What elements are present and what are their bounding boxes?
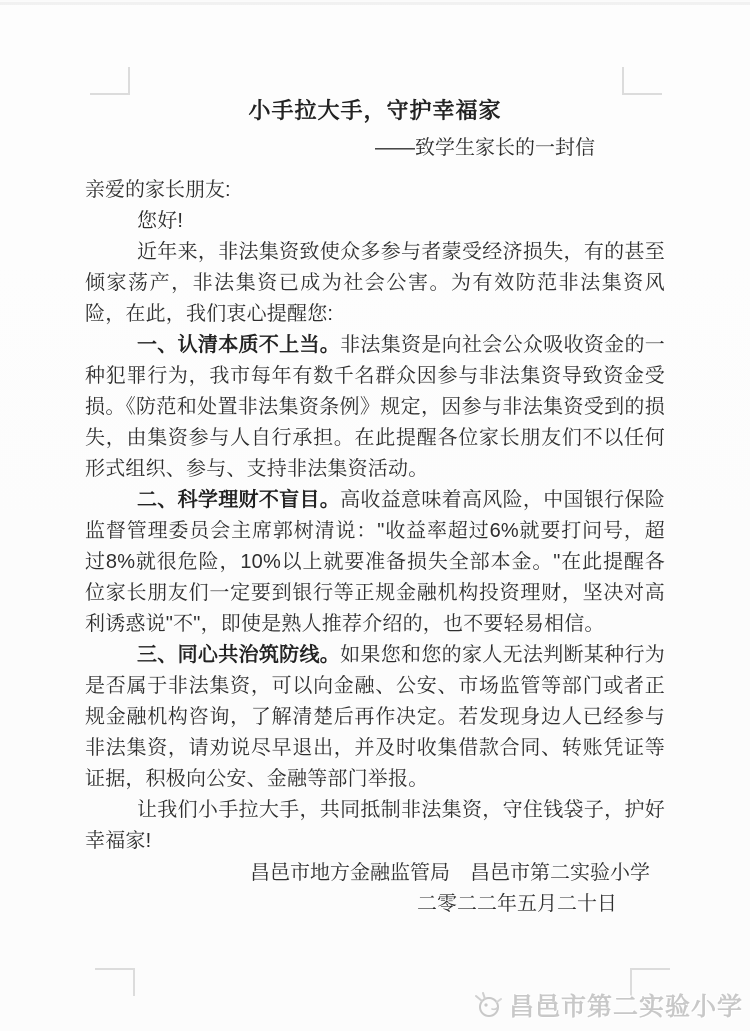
- scan-artifact-band: [0, 2, 750, 5]
- closing-paragraph: 让我们小手拉大手，共同抵制非法集资，守住钱袋子，护好幸福家!: [85, 795, 665, 857]
- salutation-line: 亲爱的家长朋友:: [85, 175, 665, 206]
- school-watermark: 昌邑市第二实验小学: [472, 987, 743, 1023]
- section-2-paragraph: 二、科学理财不盲目。高收益意味着高风险，中国银行保险监督管理委员会主席郭树清说：…: [85, 485, 665, 640]
- letter-content: 小手拉大手，守护幸福家 ——致学生家长的一封信 亲爱的家长朋友: 您好! 近年来…: [85, 94, 665, 920]
- section-1-heading: 一、认清本质不上当。: [137, 334, 340, 356]
- page-corner-mark-top-right: [622, 67, 662, 95]
- section-1-paragraph: 一、认清本质不上当。非法集资是向社会公众吸收资金的一种犯罪行为，我市每年有数千名…: [85, 330, 665, 485]
- intro-paragraph: 近年来，非法集资致使众多参与者蒙受经济损失，有的甚至倾家荡产，非法集资已成为社会…: [85, 237, 665, 330]
- letter-subtitle: ——致学生家长的一封信: [85, 134, 665, 162]
- letter-page: 小手拉大手，守护幸福家 ——致学生家长的一封信 亲爱的家长朋友: 您好! 近年来…: [0, 0, 750, 1031]
- page-corner-mark-bottom-left: [95, 968, 135, 996]
- page-corner-mark-top-left: [90, 67, 130, 95]
- section-2-heading: 二、科学理财不盲目。: [137, 489, 340, 511]
- date-line: 二零二二年五月二十日: [85, 889, 665, 920]
- school-logo-icon: [472, 989, 504, 1021]
- section-3-paragraph: 三、同心共治筑防线。如果您和您的家人无法判断某种行为是否属于非法集资，可以向金融…: [85, 640, 665, 795]
- greeting-line: 您好!: [85, 206, 665, 237]
- watermark-text: 昌邑市第二实验小学: [509, 987, 743, 1023]
- letter-title: 小手拉大手，守护幸福家: [85, 94, 665, 128]
- signature-line: 昌邑市地方金融监管局 昌邑市第二实验小学: [85, 858, 665, 889]
- section-3-heading: 三、同心共治筑防线。: [137, 644, 340, 666]
